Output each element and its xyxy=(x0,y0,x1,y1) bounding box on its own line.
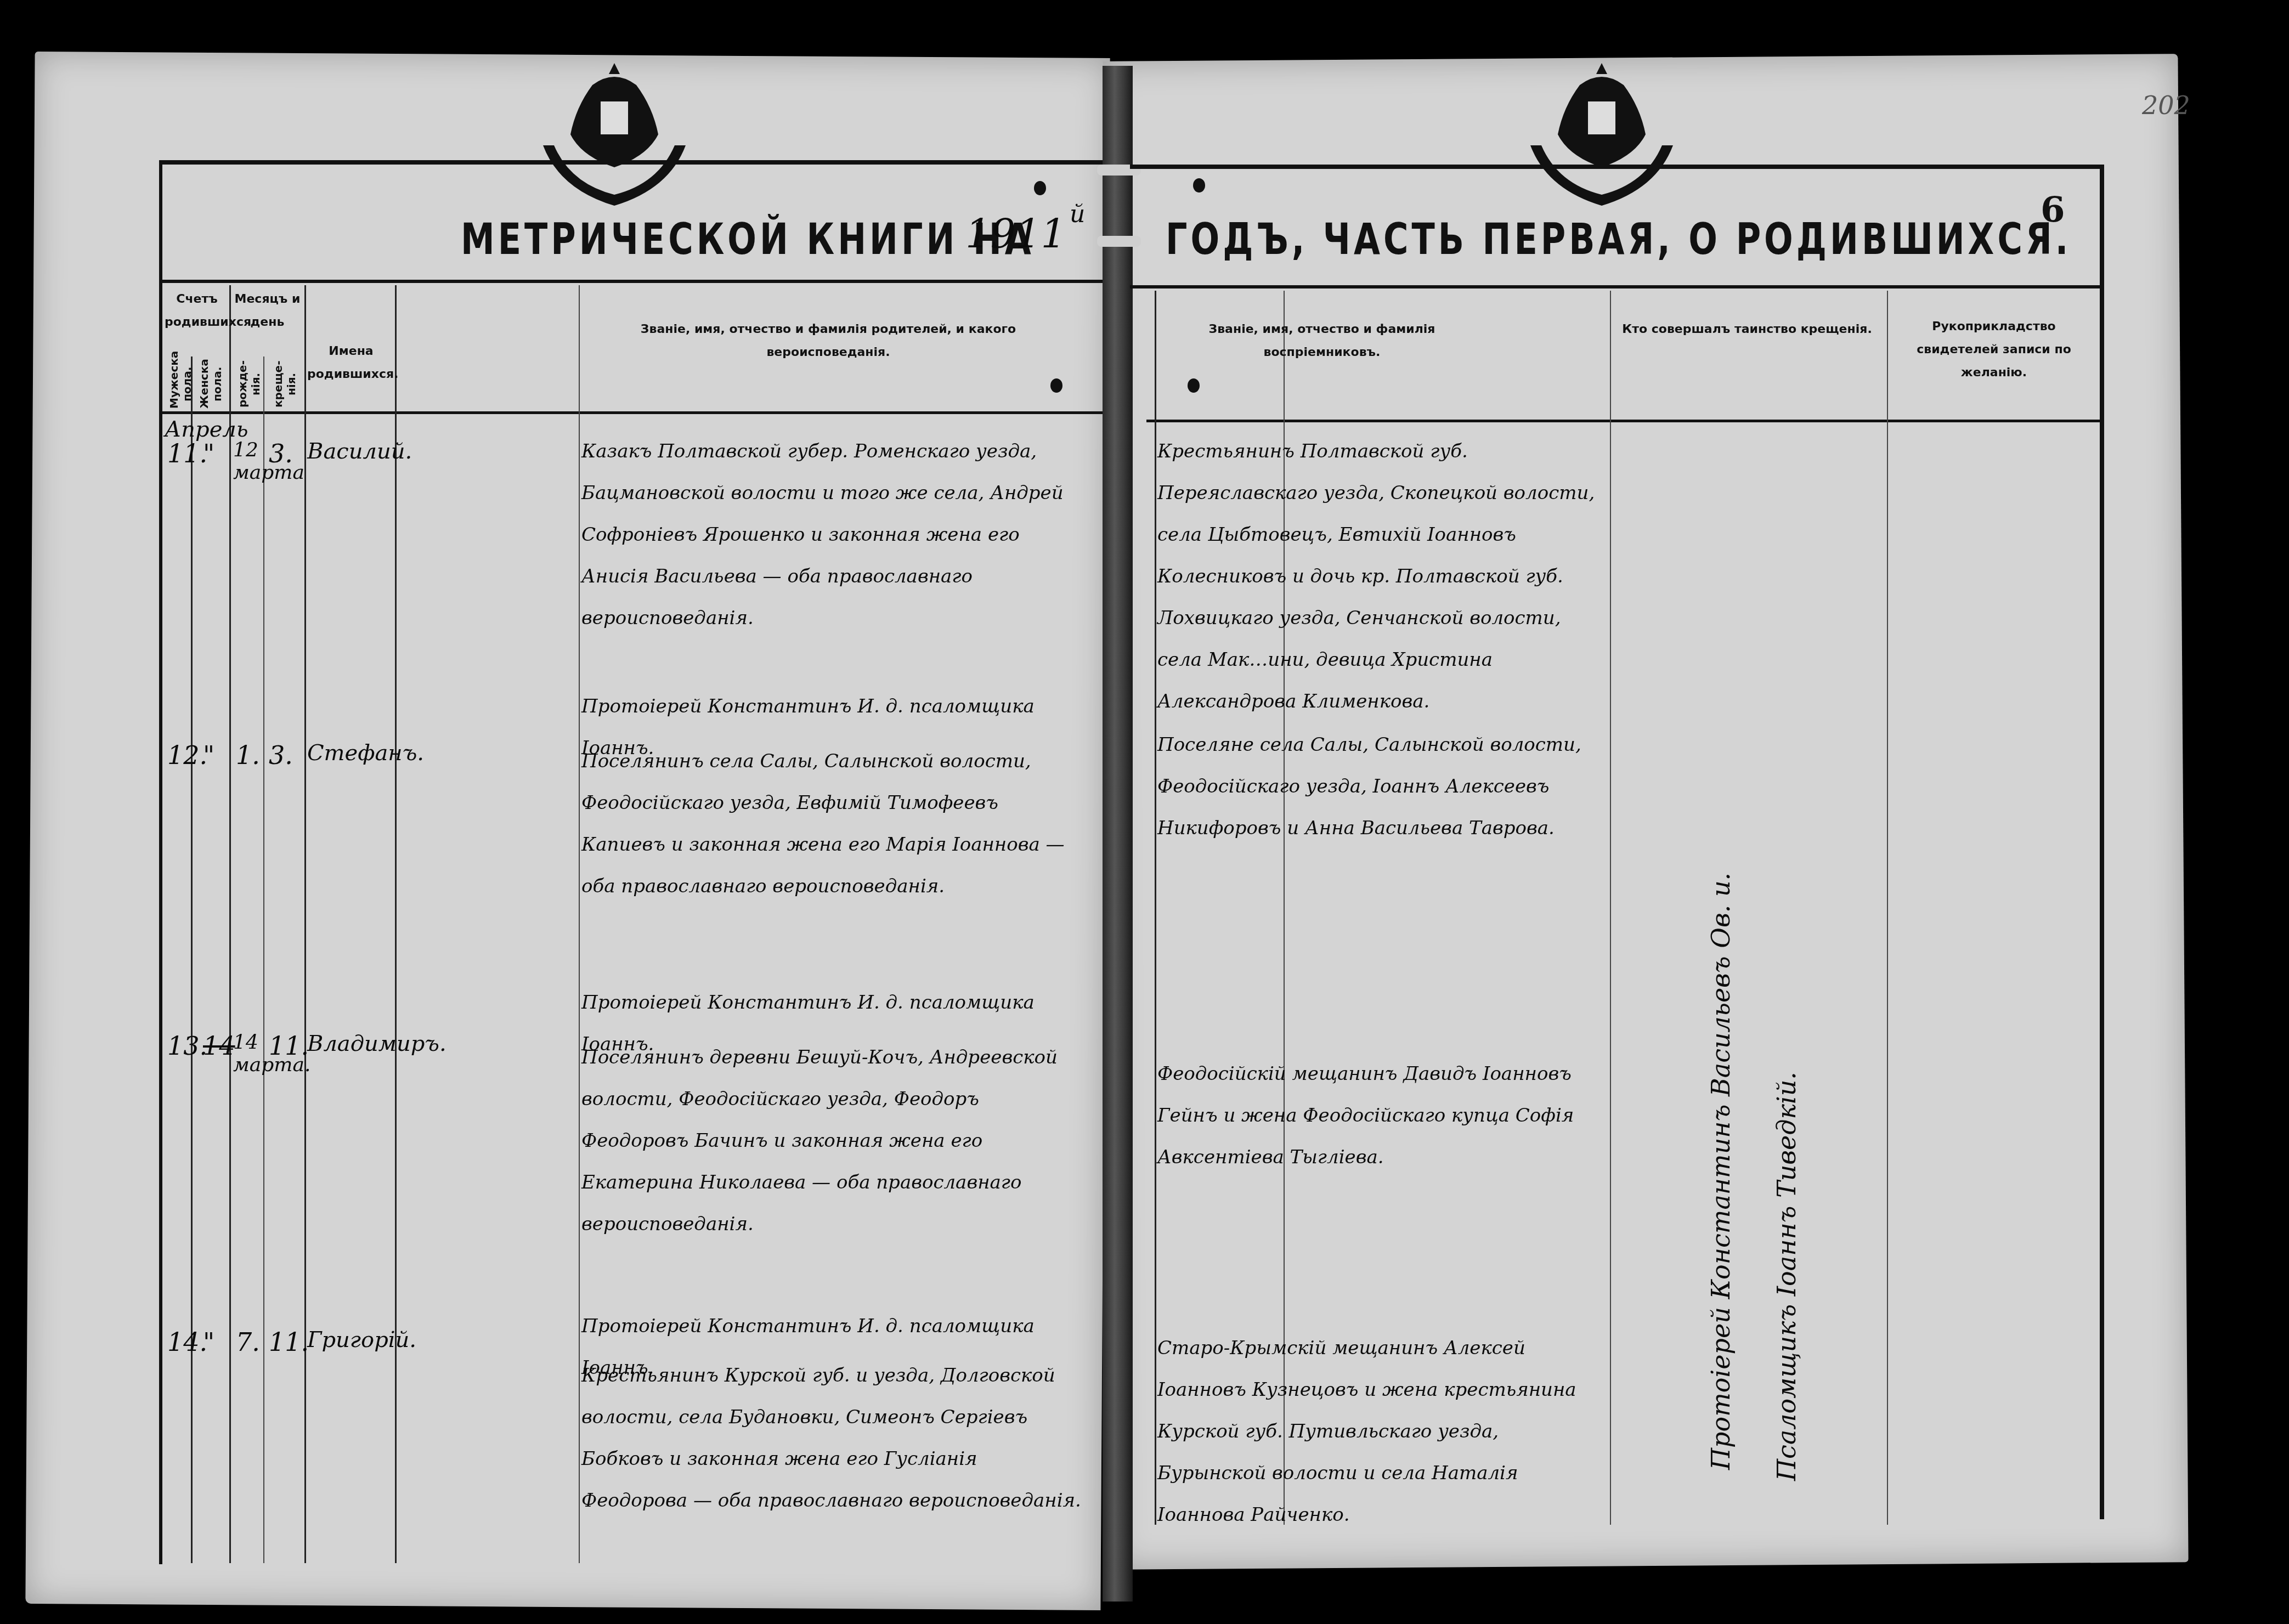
record-14-male-no: 14. xyxy=(167,1327,207,1357)
record-12-baptism-day: 3. xyxy=(269,740,293,770)
record-13-male-no: 13. xyxy=(167,1031,207,1061)
record-13-godparents: Феодосійскій мещанинъ Давидъ Іоанновъ Ге… xyxy=(1157,1053,1607,1178)
binding-hole xyxy=(1034,181,1046,195)
header-rule-right xyxy=(1130,285,2101,288)
header-count-female: Женска пола. xyxy=(197,359,219,409)
record-12-birth-day: 1. xyxy=(236,740,260,770)
binding-hole xyxy=(1050,378,1062,393)
col-divider xyxy=(1610,291,1611,1525)
header-witnesses: Рукоприкладство свидетелей записи по жел… xyxy=(1890,315,2098,384)
header-godparents: Званіе, имя, отчество и фамилія воспріем… xyxy=(1157,318,1487,364)
book-spine xyxy=(1103,66,1133,1602)
year-suffix: й xyxy=(1070,200,1085,228)
record-12-godparents: Поселяне села Салы, Салынской волости, Ф… xyxy=(1157,724,1607,849)
record-11-female-no: " xyxy=(203,439,214,468)
col-divider xyxy=(229,285,231,1563)
record-11-name: Василий. xyxy=(307,439,412,464)
record-11-birth-day: 12 марта xyxy=(233,439,266,484)
col-divider xyxy=(191,357,193,1563)
col-divider xyxy=(263,357,264,1563)
col-divider xyxy=(1887,291,1888,1525)
record-14-parents: Крестьянинъ Курской губ. и уезда, Долгов… xyxy=(581,1355,1086,1521)
imperial-eagle-emblem-left xyxy=(527,52,702,217)
frame-top-right xyxy=(1130,165,2101,169)
archive-folio-number: 202 xyxy=(2142,90,2190,120)
column-header-bottom-left xyxy=(162,411,1103,414)
record-11-parents: Казакъ Полтавской губер. Роменскаго уезд… xyxy=(581,431,1086,639)
header-rule-left xyxy=(162,280,1103,283)
binding-hole xyxy=(1193,178,1205,193)
vertical-officiant-line1: Протоіерей Константинъ Васильевъ Ов. и. xyxy=(1706,428,1736,1470)
col-divider xyxy=(304,285,306,1563)
header-parents: Званіе, имя, отчество и фамилія родителе… xyxy=(581,318,1075,364)
record-11-male-no: 11. xyxy=(167,439,207,468)
header-date-baptism: креще- нія. xyxy=(272,359,296,409)
binding-hole xyxy=(1188,378,1200,393)
record-11-godparents: Крестьянинъ Полтавской губ. Переяславска… xyxy=(1157,431,1607,722)
frame-top-left xyxy=(159,160,1103,165)
record-13-female-no: 14 xyxy=(203,1031,235,1061)
record-13-parents: Поселянинъ деревни Бешуй-Кочъ, Андреевск… xyxy=(581,1037,1086,1245)
record-12-female-no: " xyxy=(203,740,214,770)
year-handwritten: 1911 xyxy=(965,211,1066,257)
binding-stitch xyxy=(1097,236,1141,247)
header-names: Имена родившихся. xyxy=(307,340,395,386)
header-count-group: Счетъ родившихся. xyxy=(165,288,229,334)
record-11-baptism-day: 3. xyxy=(269,439,293,468)
column-header-bottom-right xyxy=(1146,420,2101,422)
frame-right xyxy=(2100,165,2104,1519)
record-12-male-no: 12. xyxy=(167,740,207,770)
header-date-birth: рожде- нія. xyxy=(236,359,261,409)
record-14-godparents: Старо-Крымскій мещанинъ Алексей Іоанновъ… xyxy=(1157,1327,1607,1536)
col-divider xyxy=(579,285,580,1563)
title-left: МЕТРИЧЕСКОЙ КНИГИ НА xyxy=(461,214,1035,264)
record-14-birth-day: 7. xyxy=(236,1327,260,1357)
title-right: ГОДЪ, ЧАСТЬ ПЕРВАЯ, О РОДИВШИХСЯ. xyxy=(1166,214,2071,264)
page-number: 6 xyxy=(2041,189,2065,230)
col-divider xyxy=(1155,291,1156,1525)
record-12-parents: Поселянинъ села Салы, Салынской волости,… xyxy=(581,740,1086,907)
record-13-name: Владимиръ. xyxy=(307,1031,389,1056)
record-14-baptism-day: 11. xyxy=(269,1327,309,1357)
header-officiant: Кто совершалъ таинство крещенія. xyxy=(1615,318,1879,341)
record-13-baptism-day: 11. xyxy=(269,1031,309,1061)
record-13-birth-day: 14 марта. xyxy=(233,1031,266,1076)
frame-left xyxy=(159,160,162,1564)
vertical-officiant-line2: Псаломщикъ Іоаннъ Тиведкій. xyxy=(1772,439,1801,1481)
record-12-name: Стефанъ. xyxy=(307,740,424,766)
header-count-male: Мужеска пола. xyxy=(167,359,189,409)
col-divider xyxy=(395,285,397,1563)
record-14-name: Григорій. xyxy=(307,1327,416,1353)
record-14-female-no: " xyxy=(203,1327,214,1357)
header-date-group: Месяцъ и день xyxy=(230,288,304,334)
imperial-eagle-emblem-right xyxy=(1514,52,1689,217)
